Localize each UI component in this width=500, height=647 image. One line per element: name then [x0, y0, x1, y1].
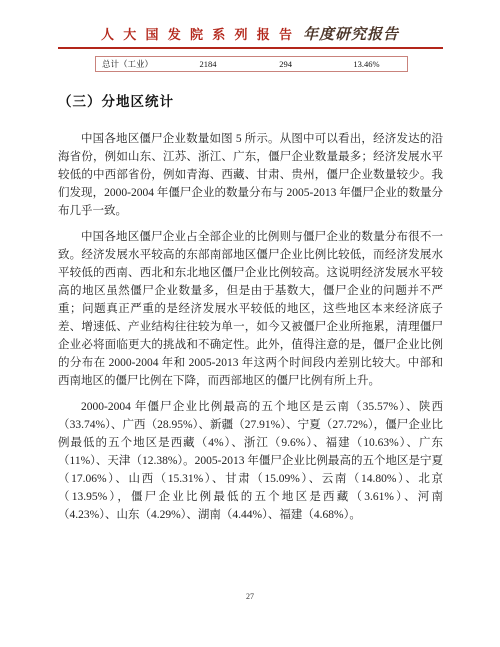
header-series-title: 人 大 国 发 院 系 列 报 告	[101, 27, 295, 42]
page-header: 人 大 国 发 院 系 列 报 告年度研究报告	[0, 25, 500, 45]
page-footer: 27	[0, 592, 500, 601]
paragraph-region-quantity-distribution: 中国各地区僵尸企业数量如图 5 所示。从图中可以看出，经济发达的沿海省份，例如山…	[58, 130, 443, 220]
paragraph-top-bottom-region-ratios: 2000-2004 年僵尸企业比例最高的五个地区是云南（35.57%）、陕西（3…	[58, 398, 443, 524]
section-heading: （三）分地区统计	[58, 90, 443, 110]
header-report-title: 年度研究报告	[303, 27, 399, 43]
page-number: 27	[246, 592, 254, 601]
document-page: 人 大 国 发 院 系 列 报 告年度研究报告 总计（工业） 2184 294 …	[0, 0, 500, 647]
table-cell-row-label: 总计（工业）	[96, 57, 171, 71]
table-fragment-total-row: 总计（工业） 2184 294 13.46%	[95, 56, 408, 72]
paragraph-region-ratio-distribution: 中国各地区僵尸企业占全部企业的比例则与僵尸企业的数量分布很不一致。经济发展水平较…	[58, 228, 443, 390]
body-content: （三）分地区统计 中国各地区僵尸企业数量如图 5 所示。从图中可以看出，经济发达…	[58, 90, 443, 532]
header-rule-divider	[58, 47, 443, 49]
table-cell-zombie-ratio: 13.46%	[326, 57, 407, 71]
table-cell-total-enterprises: 2184	[171, 57, 246, 71]
table-cell-zombie-count: 294	[245, 57, 326, 71]
